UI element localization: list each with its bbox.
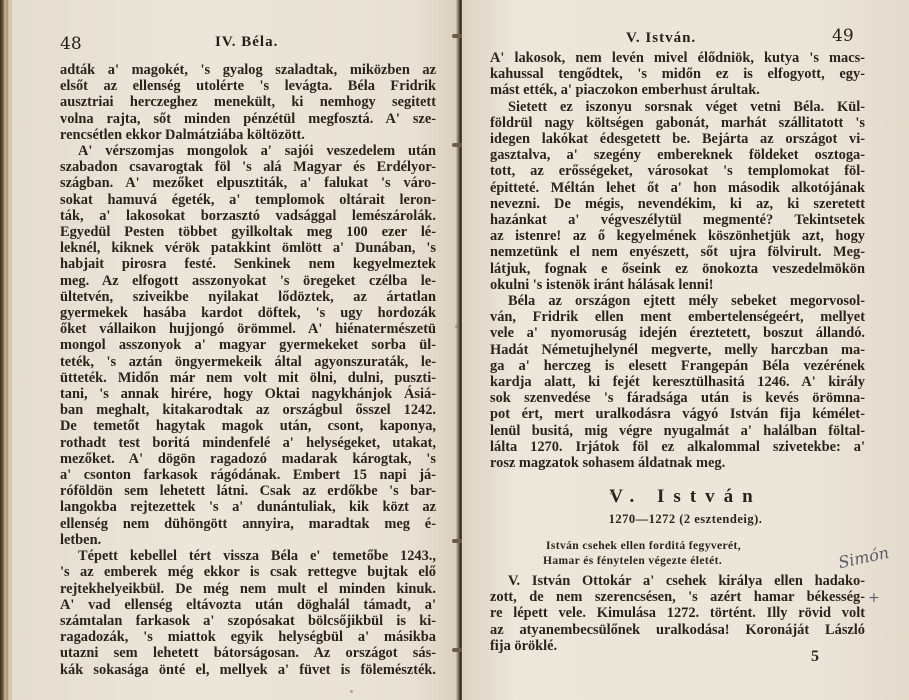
- text-line: leknél, kiknek vérök patakkint ömlött a'…: [60, 240, 436, 256]
- signature-mark: 5: [811, 648, 819, 666]
- epigraph-line: Hamar és fénytelen végezte életét.: [543, 554, 741, 569]
- text-line: nevezni. De mégis, nevendékim, ki az, ki…: [490, 196, 865, 212]
- text-line: 's az emberek még ekkor is csak rettegve…: [60, 564, 436, 580]
- text-line: látjuk, fognak e őseink ez önokozta vesz…: [490, 261, 865, 277]
- text-line: az atyanembecsülőnek uralkodása! Koronáj…: [490, 622, 865, 638]
- text-line: szabadon csavarogtak föl 's alá Magyar é…: [60, 159, 436, 175]
- text-line: ga a' herczeg is elesett Frangepán Béla …: [490, 358, 865, 374]
- open-book: 48 IV. Béla. adták a' magokét, 's gyalog…: [0, 0, 909, 700]
- text-line: hazánkat a' végveszélytül megmenté? Teki…: [490, 212, 865, 228]
- section-epigraph: István csehek ellen forditá fegyverét, H…: [546, 539, 741, 569]
- text-line: földrül nagy költségen gabonát, marhát s…: [490, 115, 865, 131]
- text-line: a' csonton farkasok rágódának. Embert 15…: [60, 467, 436, 483]
- paragraph-start: A' vérszomjas mongolok a' sajói veszedel…: [60, 143, 436, 159]
- text-line: ragadozák, 's miattok egyik helységbül a…: [60, 629, 436, 645]
- text-line: rothadt test boritá mindenfelé a' helysé…: [60, 435, 436, 451]
- text-line: mongol asszonyok a' magyar gyermekeket s…: [60, 337, 436, 353]
- text-line: zott, de nem szerencsésen, 's azért hama…: [490, 589, 865, 605]
- text-line: pot ért, mert uralkodásra vágyó István f…: [490, 406, 865, 422]
- text-line: re lépett vele. Kimulása 1272. történt. …: [490, 605, 865, 621]
- section-body: V. István Ottokár a' csehek királya elle…: [490, 573, 865, 654]
- text-line: ütteték. Midőn már nem volt mit ölni, du…: [60, 370, 436, 386]
- paragraph-start: Tépett kebellel tért vissza Béla e' teme…: [60, 548, 436, 564]
- text-line: tott, az erősségeket, városokat 's templ…: [490, 163, 865, 179]
- paper-speck: [350, 690, 353, 693]
- text-line: rejtekhelyeikbül. De még nem mult el min…: [60, 581, 436, 597]
- handwritten-cross-mark: +: [868, 590, 880, 606]
- text-line: De temetőt hagytak magok után, csont, ka…: [60, 418, 436, 434]
- text-line: ban meghalt, kitakarodtak az országbul ő…: [60, 402, 436, 418]
- text-line: nemzetünk el nem enyészett, sőt ujra föl…: [490, 244, 865, 260]
- text-line: langokba rejtezettek 's a' dunántuliak, …: [60, 499, 436, 515]
- left-page-number: 48: [60, 34, 82, 54]
- text-line: épitteté. Méltán lehet őt a' hon második…: [490, 180, 865, 196]
- right-page-body: A' lakosok, nem levén mivel élődniök, ku…: [490, 50, 865, 471]
- text-line: számtalan farkasok a' szopósakat bölcsőj…: [60, 613, 436, 629]
- text-line: ván, Fridrik ellen ment embertelenségeér…: [490, 309, 865, 325]
- text-line: fija öröklé.: [490, 638, 865, 654]
- text-line: ausztriai herczeghez menekült, ki nemhog…: [60, 94, 436, 110]
- text-line: sok szenvedése 's fáradsága után is kevé…: [490, 390, 865, 406]
- text-line: volna rajta, sőt minden pénzétül megfosz…: [60, 111, 436, 127]
- text-line: kahussal tengődtek, 's midőn ez is elfog…: [490, 66, 865, 82]
- text-line: rosz magzatok sohasem áldatnak meg.: [490, 455, 865, 471]
- text-line: idegen lakókat édesgetett be. Bejárta az…: [490, 131, 865, 147]
- text-line: az istenre! az ő kegyelmének köszönhetjü…: [490, 228, 865, 244]
- left-running-head: IV. Béla.: [215, 34, 278, 54]
- text-line: őket vállaikon hujjongó örömmel. A' hién…: [60, 321, 436, 337]
- section-title: V. István: [462, 486, 909, 508]
- left-page-body: adták a' magokét, 's gyalog szaladtak, m…: [60, 62, 436, 678]
- text-line: sokat hamuvá égeték, a' templomok oltára…: [60, 192, 436, 208]
- right-page-number: 49: [832, 26, 854, 46]
- text-line: Hadát Németujhelynél megverte, melly har…: [490, 342, 865, 358]
- text-line: gyermekek hasába kardot döftek, 's ugy h…: [60, 305, 436, 321]
- text-line: vele a' nyomoruság idején éreztetett, bo…: [490, 325, 865, 341]
- text-line: rencsétlen ekkor Dalmátziába költözött.: [60, 127, 436, 143]
- text-line: Egyedül Pesten többet gyilkoltak meg 100…: [60, 224, 436, 240]
- right-running-head: V. István.: [626, 30, 696, 50]
- text-line: teték, 's aztán öngyermekeik által agyon…: [60, 354, 436, 370]
- paragraph-start: Sietett ez iszonyu sorsnak véget vetni B…: [490, 99, 865, 115]
- text-line: ültetvén, sziveikbe nyilakat lődöztek, a…: [60, 289, 436, 305]
- text-line: habjait pirosra festé. Senkinek nem kegy…: [60, 256, 436, 272]
- text-line: meg. Az elfogott asszonyokat 's öregeket…: [60, 273, 436, 289]
- text-line: lálta 1270. Irjátok föl ez alkalommal sz…: [490, 439, 865, 455]
- text-line: utazni sem lehetett bátorságosan. Az ors…: [60, 645, 436, 661]
- paragraph-start: V. István Ottokár a' csehek királya elle…: [490, 573, 865, 589]
- paper-speck: [455, 325, 458, 328]
- book-page-edges: [0, 0, 12, 700]
- text-line: mást ették, a' piaczokon emberhust árult…: [490, 82, 865, 98]
- text-line: tani, 's annak hirére, hogy Oktai nagykh…: [60, 386, 436, 402]
- text-line: lenül busitá, mig végre nyugalmát a' hal…: [490, 423, 865, 439]
- text-line: gasztalva, a' szegény embereknek földeke…: [490, 147, 865, 163]
- section-dates: 1270—1272 (2 esztendeig).: [462, 512, 909, 527]
- text-line: kardja alatt, ki fejét keresztülhasitá 1…: [490, 374, 865, 390]
- text-line: szágban. A' mezőket elpusztiták, a' falu…: [60, 175, 436, 191]
- text-line: ellenség nem dühöngött annyira, maradtak…: [60, 516, 436, 532]
- text-line: mezőket. A' dögön ragadozó madarak károg…: [60, 451, 436, 467]
- text-line: A' vad ellenség eltávozta után döghalál …: [60, 597, 436, 613]
- text-line: ták, a' lakosokat borzasztó vadsággal le…: [60, 208, 436, 224]
- text-line: okulni 's istenök iránt hálásak lenni!: [490, 277, 865, 293]
- text-line: kák sokasága önté el, mellyek a' füvet i…: [60, 662, 436, 678]
- text-line: róföldön sem lehetett látni. Csak az erd…: [60, 483, 436, 499]
- text-line: letben.: [60, 532, 436, 548]
- paragraph-start: Béla az országon ejtett mély sebeket meg…: [490, 293, 865, 309]
- text-line: adták a' magokét, 's gyalog szaladtak, m…: [60, 62, 436, 78]
- paper-speck: [610, 492, 613, 495]
- epigraph-line: István csehek ellen forditá fegyverét,: [546, 539, 741, 554]
- text-line: elsőt az ellenség utolérte 's levágta. B…: [60, 78, 436, 94]
- text-line: A' lakosok, nem levén mivel élődniök, ku…: [490, 50, 865, 66]
